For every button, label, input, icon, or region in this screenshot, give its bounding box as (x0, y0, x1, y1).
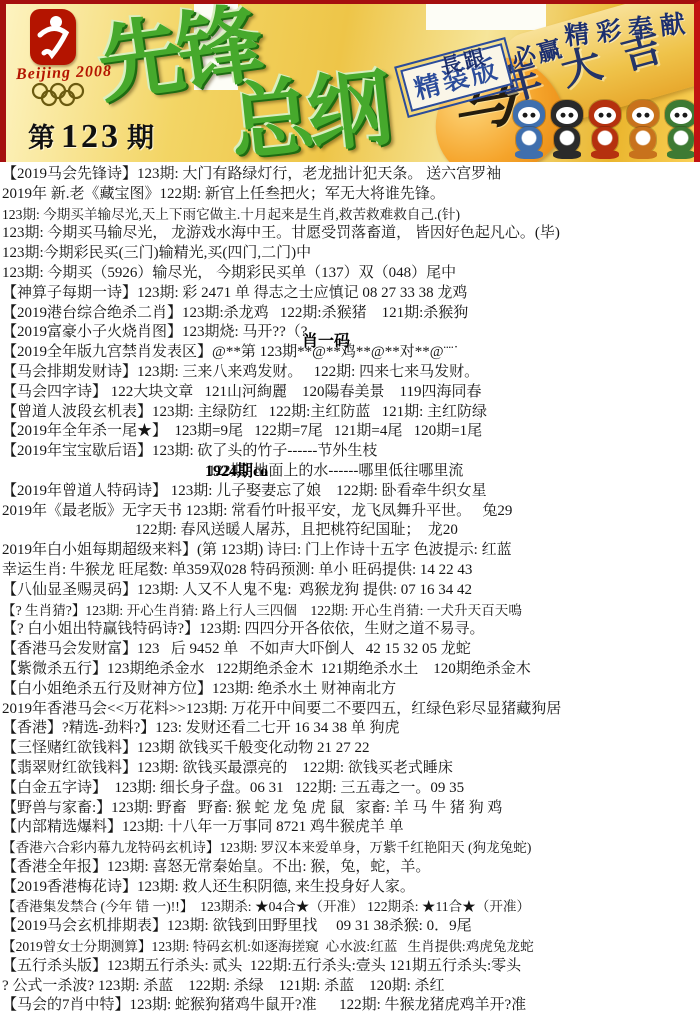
mascot-jingjing-panda (550, 100, 584, 162)
olympic-rings-icon (30, 82, 88, 113)
text-line-content: 123期: 今期买羊输尽光,天上下雨它做主.十月起来是生肖,救苦救难救自己.(针… (2, 207, 460, 222)
text-line-36: 【香港全年报】123期: 喜怒无常秦始皇。不出: 猴，兔，蛇，羊。 (2, 858, 700, 878)
mascot-yingying-orange (626, 100, 660, 162)
m-feet (553, 150, 581, 159)
text-line-content: 123期: 今期买（5926）输尽光， 今期彩民买单（137）双（048）尾中 (2, 265, 456, 281)
text-line-29: 【香港】?精选-劲料?】123: 发财还看二七开 16 34 38 单 狗虎 (2, 719, 700, 739)
text-line-41: 【五行杀头版】123期五行杀头: 贰头 122期:五行杀头:壹头 121期五行杀… (2, 957, 700, 977)
text-line-33: 【野兽与家畜:】123期: 野畜 野畜: 猴 蛇 龙 兔 虎 鼠 家畜: 羊 马… (2, 799, 700, 819)
main-title-bottom: 总纲 (226, 68, 390, 162)
text-line-content: 【香港六合彩内幕九龙特码玄机诗】123期: 罗汉本来爱单身，万紫千红艳阳天 (狗… (2, 840, 531, 855)
text-line-content: 【马会的7肖中特】123期: 蛇猴狗猪鸡牛鼠开?准 122期: 牛猴龙猪虎鸡羊开… (2, 997, 526, 1013)
text-line-32: 【白金五字诗】 123期: 细长身子盘。06 31 122期: 三五毒之一。09… (2, 779, 700, 799)
text-line-18: 2019年《最老版》无字天书 123期: 常看竹叶报平安，龙飞凤舞升平世。 兔2… (2, 502, 700, 522)
text-line-content: 【三怪赌红欲钱料】123期 欲钱买千般变化动物 21 27 22 (2, 740, 370, 756)
masthead-banner: 马 年大吉 Beijing 2008 先锋 总纲 第123期 精装版 必赢 精彩… (0, 0, 700, 162)
text-line-16: 122期: 地面上的水------哪里低往哪里流1924期co (2, 462, 700, 482)
text-line-19: 122期: 春风送暖人屠苏，且把桃符纪国耻； 龙20 (2, 521, 700, 541)
text-line-40: 【2019曾女士分期测算】123期: 特码玄机:如逐海搓窥 心水波:红蓝 生肖提… (2, 937, 700, 957)
text-line-content: 【野兽与家畜:】123期: 野畜 野畜: 猴 蛇 龙 兔 虎 鼠 家畜: 羊 马… (2, 800, 502, 816)
text-line-34: 【内部精选爆料】123期: 十八年一万事同 8721 鸡牛猴虎羊 单 (2, 818, 700, 838)
text-line-content: 【2019年曾道人特码诗】 123期: 儿子娶妻忘了娘 122期: 卧看牵牛织女… (2, 483, 487, 499)
m-face (670, 107, 692, 124)
m-face (594, 107, 616, 124)
text-line-10: 【2019全年版九宫禁肖发表区】@**第 123期**@**鸡**@**对**@… (2, 343, 700, 363)
text-line-content: 【白小姐绝杀五行及财神方位】123期: 绝杀水土 财神南北方 (2, 681, 396, 697)
text-line-7: 【神算子每期一诗】123期: 彩 2471 单 得志之士应慎记 08 27 33… (2, 284, 700, 304)
text-line-39: 【2019马会玄机排期表】123期: 欲钱到田野里找 09 31 38杀猴: 0… (2, 917, 700, 937)
text-line-content: 【2019马会玄机排期表】123期: 欲钱到田野里找 09 31 38杀猴: 0… (2, 918, 472, 934)
text-line-content: 【香港马会发财富】123 后 9452 单 不如声大吓倒人 42 15 32 0… (2, 641, 471, 657)
text-line-content: 【紫微杀五行】123期绝杀金水 122期绝杀金木 121期绝杀水土 120期绝杀… (2, 661, 531, 677)
text-line-content: ? 公式一杀波? 123期: 杀蓝 122期: 杀绿 121期: 杀蓝 120期… (2, 978, 445, 994)
text-line-4: 123期: 今期买马输尽光， 龙游戏水海中王。甘愿受罚落畜道， 皆因好色起凡心。… (2, 224, 700, 244)
issue-prefix: 第 (28, 123, 55, 153)
text-line-8: 【2019港台综合绝杀二肖】123期:杀龙鸡 122期:杀猴猪 121期:杀猴狗 (2, 304, 700, 324)
text-line-12: 【马会四字诗】 122大块文章 121山河絢麗 120陽春美景 119四海同春 (2, 383, 700, 403)
text-line-content: 【2019港台综合绝杀二肖】123期:杀龙鸡 122期:杀猴猪 121期:杀猴狗 (2, 305, 468, 321)
m-face (518, 107, 540, 124)
text-line-6: 123期: 今期买（5926）输尽光， 今期彩民买单（137）双（048）尾中 (2, 264, 700, 284)
text-line-43: 【马会的7肖中特】123期: 蛇猴狗猪鸡牛鼠开?准 122期: 牛猴龙猪虎鸡羊开… (2, 996, 700, 1016)
m-feet (515, 150, 543, 159)
text-line-content: 【八仙显圣赐灵码】123期: 人又不人鬼不鬼: 鸡猴龙狗 提供: 07 16 3… (2, 582, 472, 598)
tip-sheet-page: 马 年大吉 Beijing 2008 先锋 总纲 第123期 精装版 必赢 精彩… (0, 0, 700, 1017)
text-line-content: 【翡翠财红欲钱料】123期: 欲钱买最漂亮的 122期: 欲钱买老式睡床 (2, 760, 453, 776)
text-line-content: 2019年 新.老《藏宝图》122期: 新官上任叁把火；军无大将谁先锋。 (2, 186, 445, 202)
text-line-23: 【? 生肖猜?】123期: 开心生肖猜: 路上行人三四個 122期: 开心生肖猜… (2, 601, 700, 621)
m-feet (629, 150, 657, 159)
text-line-28: 2019年香港马会<<万花料>>123期: 万花开中间要二不要四五，红绿色彩尽显… (2, 700, 700, 720)
mascot-nini-green (664, 100, 698, 162)
text-line-14: 【2019年全年杀一尾★】 123期=9尾 122期=7尾 121期=4尾 12… (2, 422, 700, 442)
text-line-content: 【2019香港梅花诗】123期: 救人还生积阴德, 来生投身好人家。 (2, 879, 415, 895)
overprint-text: 1924期co (205, 462, 268, 482)
fuwa-mascots (512, 100, 698, 162)
text-line-3: 123期: 今期买羊输尽光,天上下雨它做主.十月起来是生肖,救苦救难救自己.(针… (2, 205, 700, 225)
text-line-17: 【2019年曾道人特码诗】 123期: 儿子娶妻忘了娘 122期: 卧看牵牛织女… (2, 482, 700, 502)
issue-number: 123 (55, 118, 127, 155)
m-face (632, 107, 654, 124)
text-line-2: 2019年 新.老《藏宝图》122期: 新官上任叁把火；军无大将谁先锋。 (2, 185, 700, 205)
text-line-30: 【三怪赌红欲钱料】123期 欲钱买千般变化动物 21 27 22 (2, 739, 700, 759)
text-line-42: ? 公式一杀波? 123期: 杀蓝 122期: 杀绿 121期: 杀蓝 120期… (2, 977, 700, 997)
beijing-2008-seal-icon (30, 9, 76, 65)
text-line-content: 【? 白小姐出特赢钱特码诗?】123期: 四四分开各依依，生财之道不易寻。 (2, 621, 485, 637)
text-line-38: 【香港集发禁合 (今年 错 一)!!】 123期杀: ★04合★（开准） 122… (2, 897, 700, 917)
text-line-content: 【2019年全年杀一尾★】 123期=9尾 122期=7尾 121期=4尾 12… (2, 423, 482, 439)
text-line-content: 【2019富豪小子火烧肖图】123期烧: 马开??（? (2, 324, 307, 340)
predictions-text-block: 【2019马会先锋诗】123期: 大门有路绿灯行，老龙拙计犯天条。 送六宫罗袖2… (0, 163, 700, 1016)
text-line-22: 【八仙显圣赐灵码】123期: 人又不人鬼不鬼: 鸡猴龙狗 提供: 07 16 3… (2, 581, 700, 601)
text-line-content: 2019年《最老版》无字天书 123期: 常看竹叶报平安，龙飞凤舞升平世。 兔2… (2, 503, 512, 519)
text-line-content: 【神算子每期一诗】123期: 彩 2471 单 得志之士应慎记 08 27 33… (2, 285, 467, 301)
text-line-content: 【马会四字诗】 122大块文章 121山河絢麗 120陽春美景 119四海同春 (2, 384, 481, 400)
text-line-37: 【2019香港梅花诗】123期: 救人还生积阴德, 来生投身好人家。 (2, 878, 700, 898)
text-line-content: 【香港全年报】123期: 喜怒无常秦始皇。不出: 猴，兔，蛇，羊。 (2, 859, 430, 875)
text-line-21: 幸运生肖: 牛猴龙 旺尾数: 单359双028 特码预测: 单小 旺码提供: 1… (2, 561, 700, 581)
mascot-huanhuan-red (588, 100, 622, 162)
text-line-5: 123期:今期彩民买(三门)输精光,买(四门,二门)中 (2, 244, 700, 264)
text-line-content: 【内部精选爆料】123期: 十八年一万事同 8721 鸡牛猴虎羊 单 (2, 819, 404, 835)
text-line-content: 【2019曾女士分期测算】123期: 特码玄机:如逐海搓窥 心水波:红蓝 生肖提… (2, 939, 534, 954)
text-line-26: 【紫微杀五行】123期绝杀金水 122期绝杀金木 121期绝杀水土 120期绝杀… (2, 660, 700, 680)
issue-number-line: 第123期 (28, 116, 154, 156)
m-feet (667, 150, 695, 159)
text-line-content: 【2019年宝宝歇后语】123期: 砍了头的竹子------节外生枝 (2, 443, 377, 459)
text-line-1: 【2019马会先锋诗】123期: 大门有路绿灯行，老龙拙计犯天条。 送六宫罗袖 (2, 165, 700, 185)
m-face (556, 107, 578, 124)
text-line-9: 【2019富豪小子火烧肖图】123期烧: 马开??（?肖一码 (2, 323, 700, 343)
text-line-content: 【2019全年版九宫禁肖发表区】@**第 123期**@**鸡**@**对**@… (2, 344, 459, 360)
text-line-content: 【? 生肖猜?】123期: 开心生肖猜: 路上行人三四個 122期: 开心生肖猜… (2, 603, 522, 618)
text-line-content: 幸运生肖: 牛猴龙 旺尾数: 单359双028 特码预测: 单小 旺码提供: 1… (2, 562, 472, 578)
text-line-content: 【白金五字诗】 123期: 细长身子盘。06 31 122期: 三五毒之一。09… (2, 780, 464, 796)
issue-suffix: 期 (127, 123, 154, 153)
text-line-content: 【曾道人波段玄机表】123期: 主绿防红 122期:主红防蓝 121期: 主红防… (2, 404, 487, 420)
text-line-content: 2019年香港马会<<万花料>>123期: 万花开中间要二不要四五，红绿色彩尽显… (2, 701, 561, 717)
text-line-13: 【曾道人波段玄机表】123期: 主绿防红 122期:主红防蓝 121期: 主红防… (2, 403, 700, 423)
text-line-content: 【香港】?精选-劲料?】123: 发财还看二七开 16 34 38 单 狗虎 (2, 720, 399, 736)
text-line-content: 123期: 今期买马输尽光， 龙游戏水海中王。甘愿受罚落畜道， 皆因好色起凡心。… (2, 225, 560, 241)
text-line-27: 【白小姐绝杀五行及财神方位】123期: 绝杀水土 财神南北方 (2, 680, 700, 700)
text-line-35: 【香港六合彩内幕九龙特码玄机诗】123期: 罗汉本来爱单身，万紫千红艳阳天 (狗… (2, 838, 700, 858)
text-line-24: 【? 白小姐出特赢钱特码诗?】123期: 四四分开各依依，生财之道不易寻。 (2, 620, 700, 640)
text-line-11: 【马会排期发财诗】123期: 三来八来鸡发财。 122期: 四来七来马发财。 (2, 363, 700, 383)
text-line-content: 122期: 春风送暖人屠苏，且把桃符纪国耻； 龙20 (135, 522, 458, 538)
mascot-beibei-blue (512, 100, 546, 162)
text-line-25: 【香港马会发财富】123 后 9452 单 不如声大吓倒人 42 15 32 0… (2, 640, 700, 660)
text-line-content: 【香港集发禁合 (今年 错 一)!!】 123期杀: ★04合★（开准） 122… (2, 899, 530, 914)
text-line-15: 【2019年宝宝歇后语】123期: 砍了头的竹子------节外生枝 (2, 442, 700, 462)
text-line-content: 【2019马会先锋诗】123期: 大门有路绿灯行，老龙拙计犯天条。 送六宫罗袖 (2, 166, 501, 182)
text-line-content: 2019年白小姐每期超级来料】(第 123期) 诗曰: 门上作诗十五字 色波提示… (2, 542, 512, 558)
text-line-20: 2019年白小姐每期超级来料】(第 123期) 诗曰: 门上作诗十五字 色波提示… (2, 541, 700, 561)
text-line-content: 【马会排期发财诗】123期: 三来八来鸡发财。 122期: 四来七来马发财。 (2, 364, 479, 380)
m-feet (591, 150, 619, 159)
text-line-content: 123期:今期彩民买(三门)输精光,买(四门,二门)中 (2, 245, 311, 261)
scan-artifact (426, 4, 546, 30)
text-line-content: 【五行杀头版】123期五行杀头: 贰头 122期:五行杀头:壹头 121期五行杀… (2, 958, 521, 974)
text-line-31: 【翡翠财红欲钱料】123期: 欲钱买最漂亮的 122期: 欲钱买老式睡床 (2, 759, 700, 779)
